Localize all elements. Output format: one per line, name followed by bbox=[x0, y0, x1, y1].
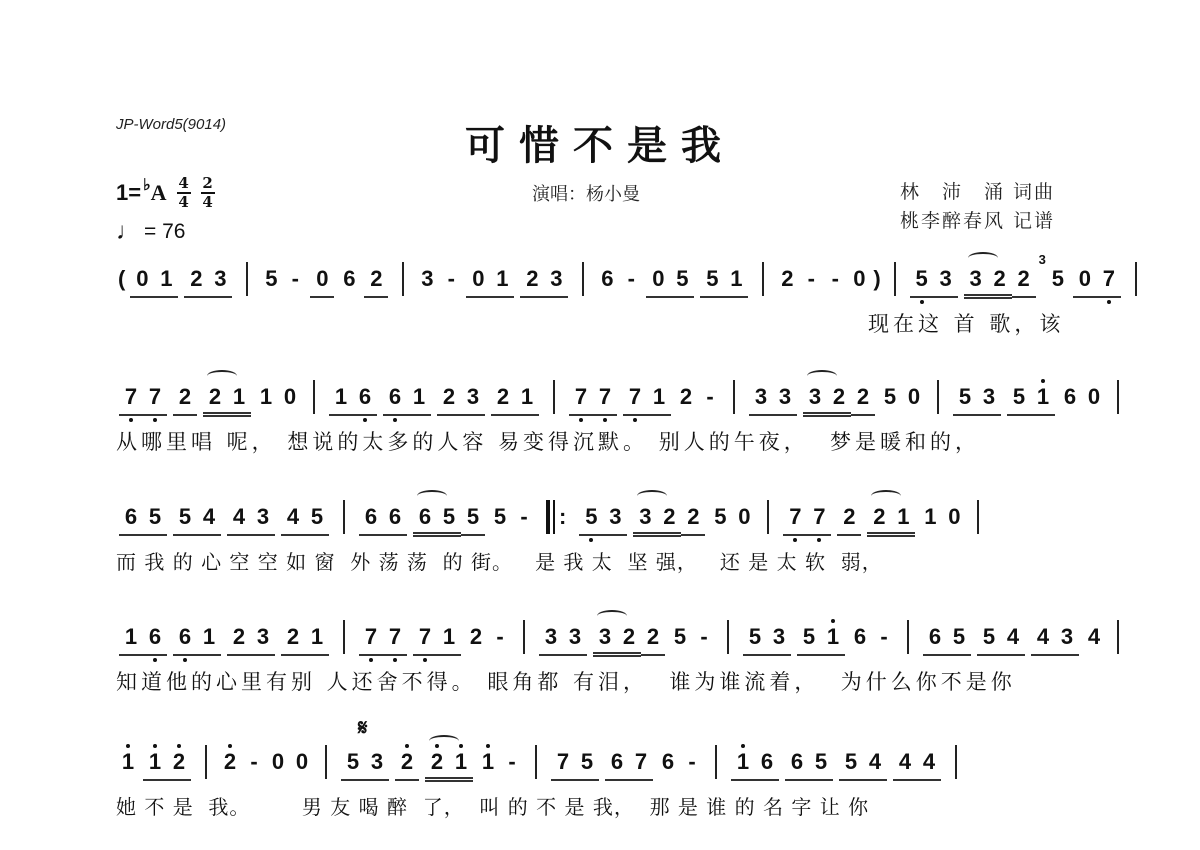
barline bbox=[1135, 262, 1137, 296]
score-row-4: 16 61 23 21 77 71 2- 33 322 5- 53 51 6- … bbox=[116, 620, 1096, 700]
barline bbox=[343, 620, 345, 654]
time-sig-bottom: 4 bbox=[178, 195, 188, 210]
barline bbox=[733, 380, 735, 414]
barline bbox=[553, 380, 555, 414]
barline bbox=[246, 262, 248, 296]
score-row-5: 𝄋 1 12 2-00 53 2 21 1- 75 67 6- 16 65 54… bbox=[116, 745, 1096, 825]
lyrics-line: 而 我 的 心 空 空 如 窗 外 荡 荡 的 街。 是 我 太 坚 强， 还 … bbox=[116, 546, 883, 575]
barline bbox=[1117, 620, 1119, 654]
credits: 林 沛 涌 词曲 桃李醉春风 记谱 bbox=[900, 178, 1055, 236]
barline bbox=[582, 262, 584, 296]
barline bbox=[937, 380, 939, 414]
barline bbox=[715, 745, 717, 779]
time-sig-top: 4 bbox=[178, 176, 188, 191]
key-prefix: 1= bbox=[116, 180, 141, 206]
open-paren: ( bbox=[116, 262, 127, 296]
score-row-2: 77 2 21 10 16 61 23 21 77 71 2- 33 322 5… bbox=[116, 380, 1096, 460]
barline bbox=[767, 500, 769, 534]
barline bbox=[907, 620, 909, 654]
singer-credit: 演唱：杨小曼 bbox=[532, 180, 640, 206]
composer-credit: 林 沛 涌 词曲 bbox=[900, 178, 1055, 207]
time-signature-2-4: 2 4 bbox=[201, 176, 215, 210]
time-sig-top: 2 bbox=[202, 176, 212, 191]
notes-line: 1 12 2-00 53 2 21 1- 75 67 6- 16 65 54 4… bbox=[116, 745, 957, 785]
time-sig-bottom: 4 bbox=[202, 195, 212, 210]
grace-note: 3 bbox=[1039, 252, 1046, 267]
barline bbox=[402, 262, 404, 296]
song-title: 可惜不是我 bbox=[0, 114, 1200, 171]
barline bbox=[894, 262, 896, 296]
barline bbox=[325, 745, 327, 779]
transcriber-credit: 桃李醉春风 记谱 bbox=[900, 207, 1055, 236]
segno-icon: 𝄋 bbox=[358, 715, 367, 741]
note-group: 01 bbox=[130, 262, 178, 298]
barline bbox=[727, 620, 729, 654]
key-note: A bbox=[151, 180, 167, 206]
barline bbox=[313, 380, 315, 414]
barline bbox=[523, 620, 525, 654]
repeat-start-sign: : bbox=[546, 500, 566, 534]
notes-line: ( 01 23 5- 06 2 3- 01 23 6- 05 51 2--0) … bbox=[116, 262, 1137, 302]
lyrics-line: 知道他的心里有别 人还舍不得。 眼角都 有泪， 谁为谁流着， 为什么你不是你 bbox=[116, 666, 1016, 696]
notes-line: 16 61 23 21 77 71 2- 33 322 5- 53 51 6- … bbox=[116, 620, 1119, 660]
tempo-value: = 76 bbox=[144, 220, 185, 244]
time-signature-4-4: 4 4 bbox=[177, 176, 191, 210]
barline bbox=[762, 262, 764, 296]
lyrics-line: 她 不 是 我。 男 友 喝 醉 了， 叫 的 不 是 我， 那 是 谁 的 名… bbox=[116, 791, 869, 820]
quarter-note-icon: ♩ bbox=[116, 218, 140, 246]
barline bbox=[955, 745, 957, 779]
tempo-marking: ♩ = 76 bbox=[116, 218, 185, 246]
lyrics-line: 现在这 首 歌，该 bbox=[868, 308, 1064, 338]
score-row-3: 65 54 43 45 66 655 5- : 53 322 50 77 2 2… bbox=[116, 500, 1096, 580]
barline bbox=[1117, 380, 1119, 414]
barline bbox=[535, 745, 537, 779]
notes-line: 77 2 21 10 16 61 23 21 77 71 2- 33 322 5… bbox=[116, 380, 1119, 420]
barline bbox=[977, 500, 979, 534]
lyrics-line: 从哪里唱 呢， 想说的太多的人容 易变得沉默。 别人的午夜， 梦是暖和的， bbox=[116, 426, 980, 456]
note-group: 23 bbox=[184, 262, 232, 298]
barline bbox=[205, 745, 207, 779]
barline bbox=[343, 500, 345, 534]
flat-icon: ♭ bbox=[143, 175, 151, 195]
notes-line: 65 54 43 45 66 655 5- : 53 322 50 77 2 2… bbox=[116, 500, 979, 540]
score-row-1: ( 01 23 5- 06 2 3- 01 23 6- 05 51 2--0) … bbox=[116, 262, 1096, 342]
key-signature: 1= ♭ A 4 4 2 4 bbox=[116, 176, 215, 210]
